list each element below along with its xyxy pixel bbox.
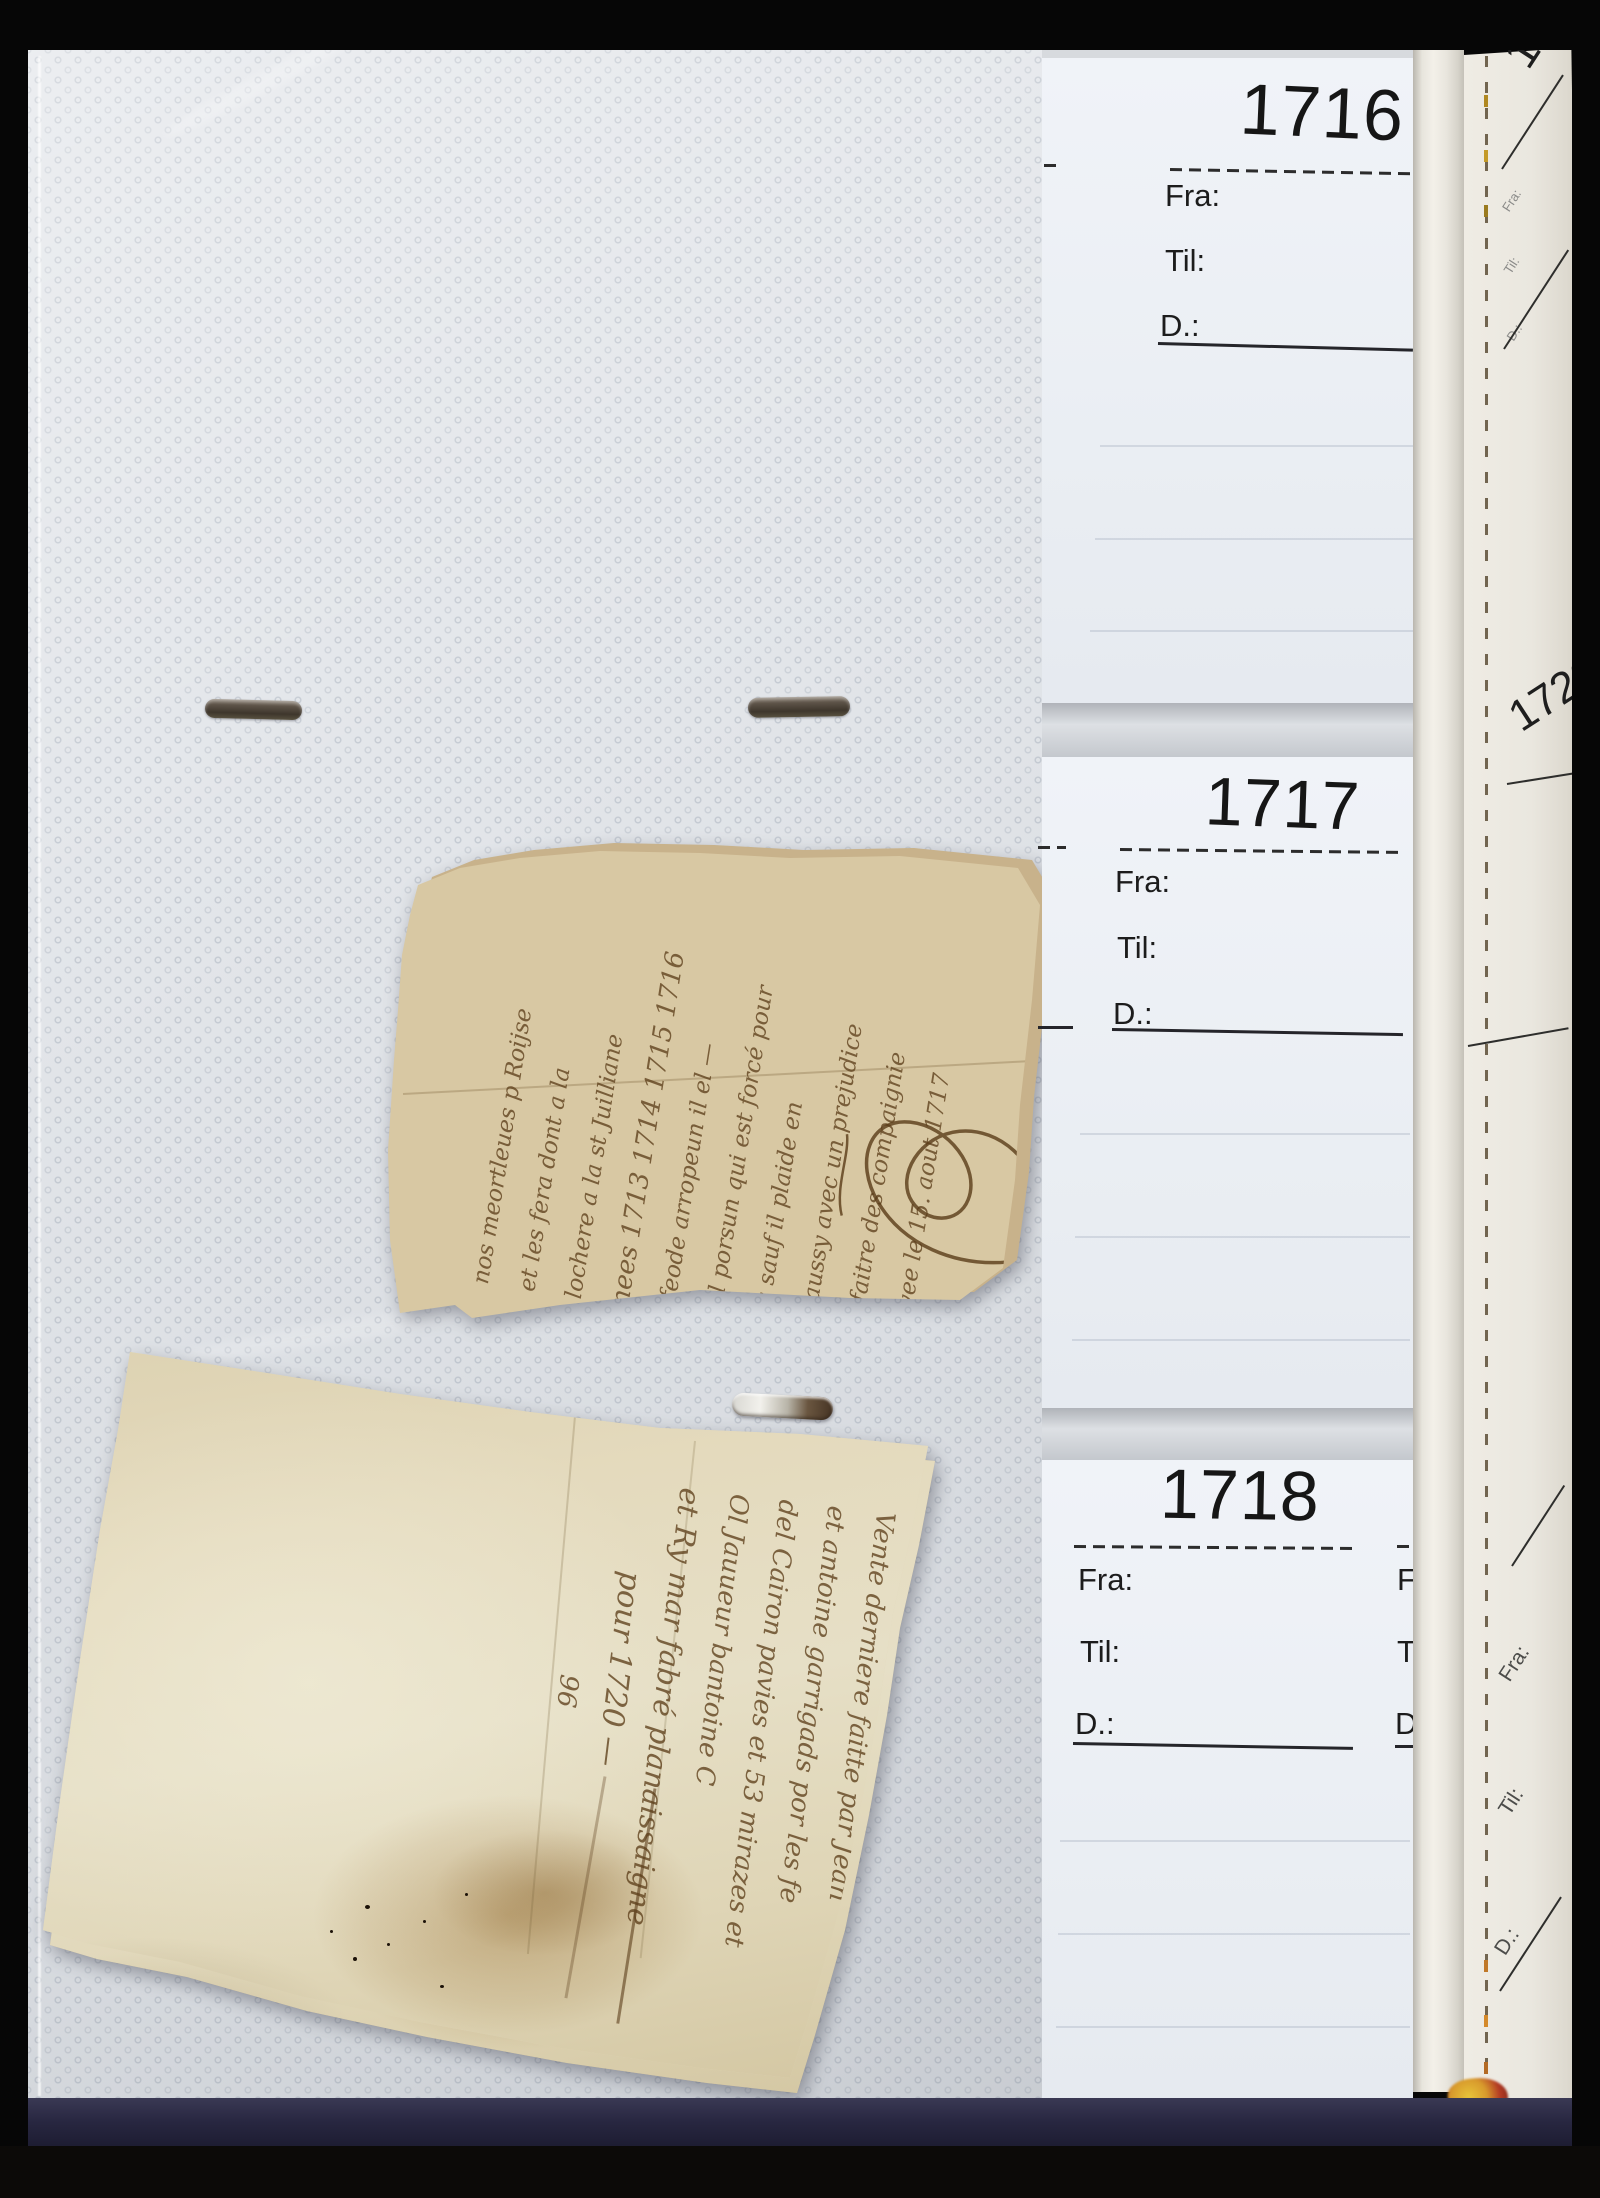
til-label-clipped: Til: (1397, 1634, 1413, 1670)
ink-speck (423, 1920, 426, 1923)
ruled-line (1090, 630, 1413, 632)
ruled-line (1100, 445, 1413, 447)
perforation-dash-yellow (1484, 205, 1488, 217)
ink-speck (330, 1930, 333, 1933)
til-label: Til: (1165, 243, 1205, 279)
perforation-dash-orange (1484, 2062, 1488, 2074)
field-underline-peek (1038, 1026, 1073, 1029)
year-card-1718 (1042, 1460, 1413, 2102)
til-label: Til: (1080, 1634, 1120, 1670)
til-label: Til: (1117, 930, 1157, 966)
year-label-1718: 1718 (1159, 1454, 1320, 1537)
card-gap (1042, 1408, 1413, 1460)
perforation-dashed-line (1485, 56, 1488, 2084)
date-label: D.: (1075, 1706, 1115, 1742)
plastic-sleeve-edge (38, 56, 41, 2096)
ink-speck (465, 1893, 468, 1896)
dashed-separator-peek (1038, 846, 1066, 849)
fra-label: Fra: (1115, 864, 1170, 900)
ruled-line (1080, 1133, 1410, 1135)
ink-speck (353, 1957, 357, 1961)
manuscript-1717: nos meortleues p Roijse et les fera dont… (385, 845, 1045, 1325)
field-underline-clipped (1395, 1745, 1413, 1748)
dashed-separator-clipped (1397, 1545, 1413, 1548)
ruled-line (1060, 1840, 1410, 1842)
facing-page (1464, 48, 1586, 2148)
binder-hole-right (748, 696, 850, 718)
year-label-1716: 1716 (1238, 68, 1406, 157)
perforation-dash-yellow (1484, 150, 1488, 162)
date-label: D.: (1160, 308, 1200, 344)
year-label-1717: 1717 (1204, 762, 1362, 845)
perforation-dash-yellow (1484, 95, 1488, 107)
dashed-separator-fragment (1044, 164, 1058, 167)
date-label: D.: (1113, 996, 1153, 1032)
ruled-line (1058, 1933, 1410, 1935)
ink-speck (440, 1985, 444, 1988)
ink-speck (365, 1905, 370, 1909)
perforation-dash-orange (1484, 2015, 1488, 2027)
ruled-line (1056, 2026, 1410, 2028)
handwriting-block: nos meortleues p Roijse et les fera dont… (458, 816, 996, 1354)
card-gap (1042, 703, 1413, 757)
ruled-line (1075, 1236, 1410, 1238)
fra-label: Fra: (1078, 1562, 1133, 1598)
page-fore-edge (1413, 50, 1464, 2092)
fra-label: Fra: (1165, 178, 1220, 214)
ink-speck (387, 1943, 390, 1946)
frame-top (0, 0, 1600, 50)
frame-left (0, 0, 28, 2198)
fra-label-clipped: Fra: (1397, 1562, 1413, 1598)
perforation-dash-orange (1484, 1960, 1488, 1972)
year-card-1717 (1042, 757, 1413, 1408)
ruled-line (1072, 1339, 1410, 1341)
frame-bottom (0, 2146, 1600, 2198)
date-label-clipped: D.: (1395, 1706, 1413, 1742)
ruled-line (1095, 538, 1413, 540)
frame-right (1572, 0, 1600, 2198)
binder-cover-edge (24, 2098, 1572, 2150)
archival-binder-photo: nos meortleues p Roijse et les fera dont… (0, 0, 1600, 2198)
binder-hole-left (205, 699, 302, 721)
